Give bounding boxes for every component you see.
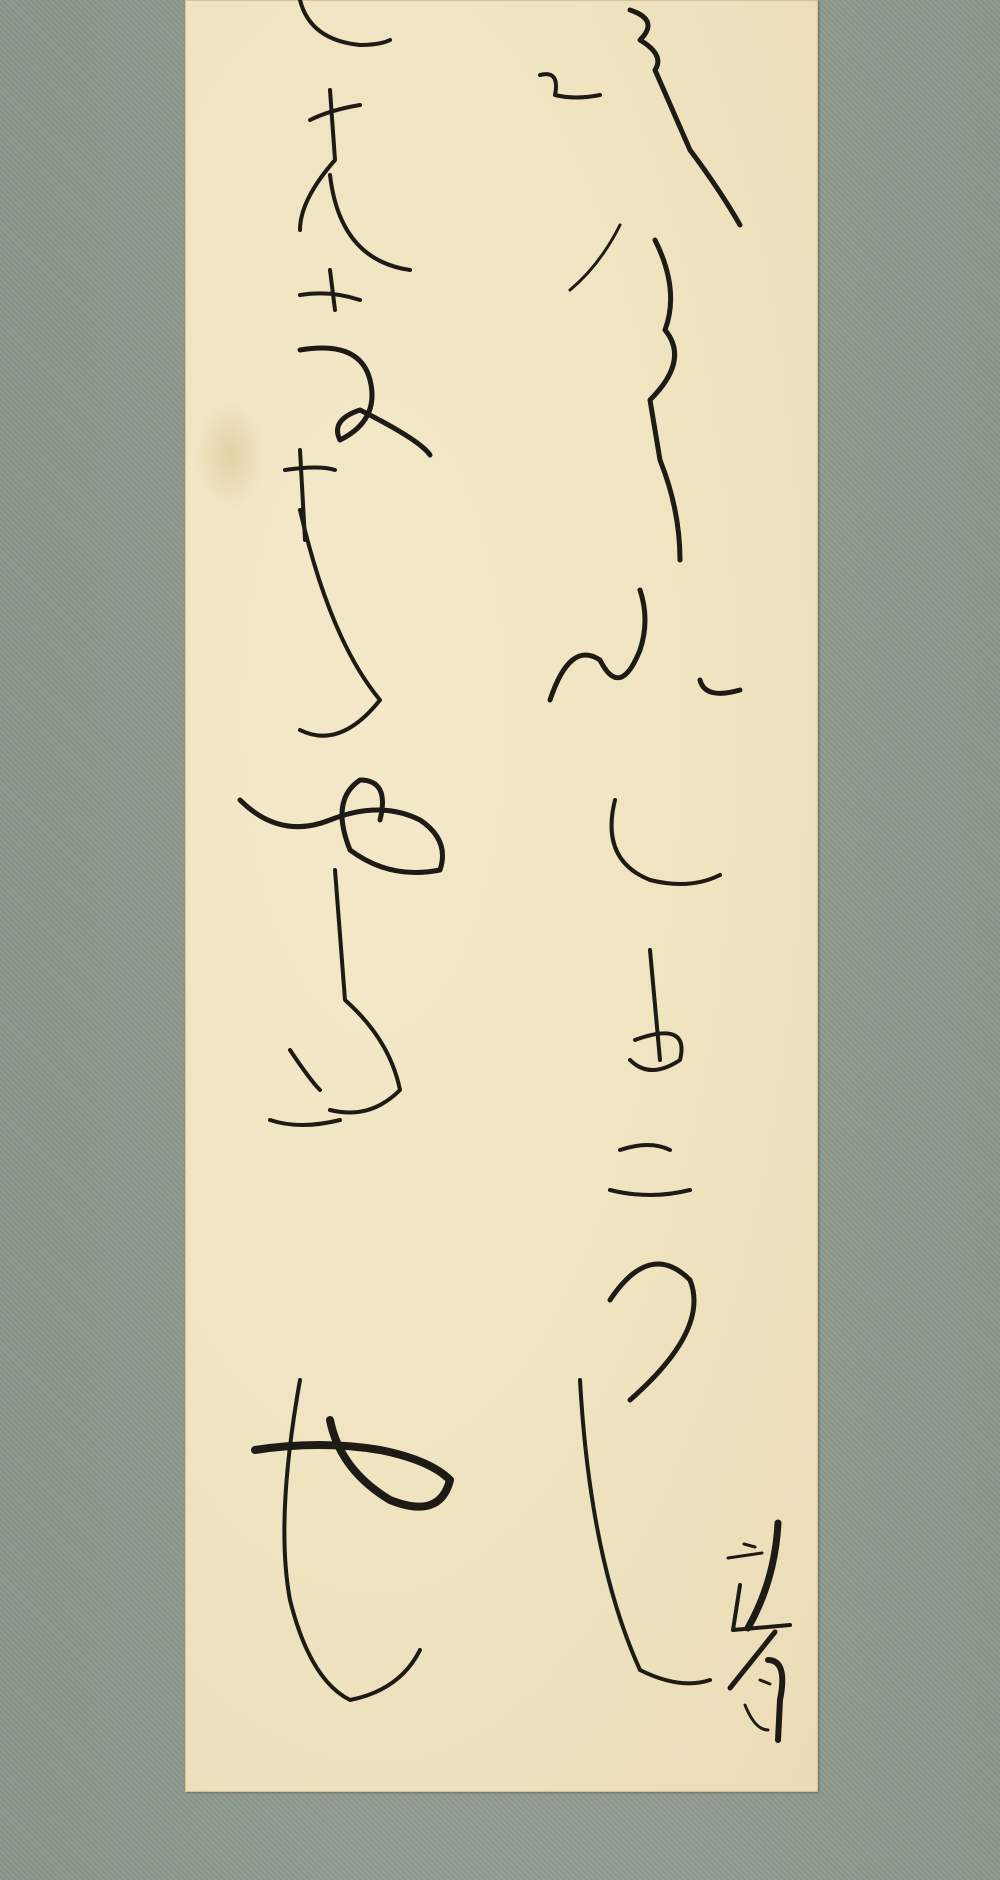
scroll-mount-fabric xyxy=(0,0,1000,1880)
left-column-characters xyxy=(240,0,450,1700)
calligraphy-ink-strokes xyxy=(0,0,1000,1880)
signature-kotobuki xyxy=(728,1523,790,1740)
right-column-characters xyxy=(540,10,740,1683)
